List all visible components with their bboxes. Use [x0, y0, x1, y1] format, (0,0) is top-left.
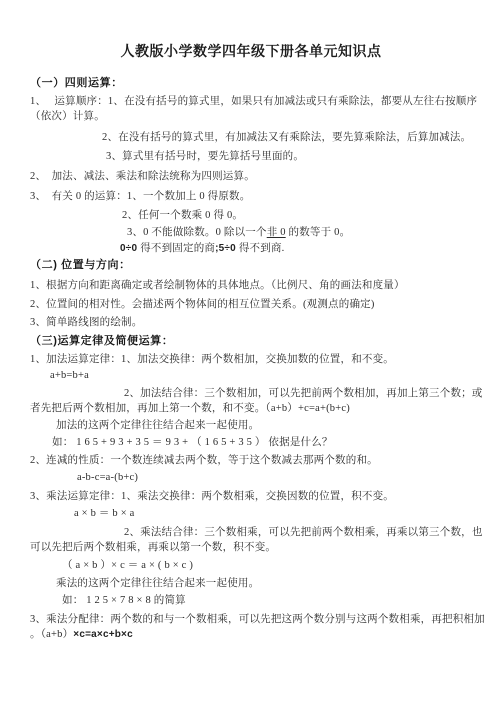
doc-line: 3、 有关 0 的运算：1、一个数加上 0 得原数。 [30, 190, 472, 204]
doc-line: 可以先把后两个数相乘，再乘以第一个数，积不变。 [30, 541, 472, 555]
section-heading-3: （三)运算定律及简便运算： [30, 334, 472, 348]
doc-text: 得不到固定的商 [140, 243, 215, 254]
doc-line: 如： 1 2 5 × 7 8 × 8 的简算 [30, 594, 472, 608]
doc-text: 3、简单路线图的绘制。 [30, 317, 142, 328]
doc-text: （一）四则运算： [30, 77, 123, 89]
doc-line: 3、算式里有括号时，要先算括号里面的。 [30, 150, 472, 164]
doc-line: 0÷0 得不到固定的商;5÷0 得不到商. [30, 242, 472, 256]
doc-text: 2、乘法结合律：三个数相乘，可以先把前两个数相乘，再乘以第三个数，也 [124, 527, 483, 538]
doc-text: （ a × b ）× c ＝ a × ( b × c ) [62, 560, 193, 571]
doc-line: a × b ＝ b × a [30, 507, 472, 521]
doc-text: 0÷0 [120, 243, 140, 254]
doc-text: a-b-c=a-(b+c) [77, 472, 138, 483]
section-heading-1: （一）四则运算： [30, 76, 472, 90]
doc-text: （三)运算定律及简便运算： [30, 335, 173, 347]
doc-text: 2、 加法、减法、乘法和除法统称为四则运算。 [30, 171, 255, 182]
doc-line: （依次）计算。 [30, 110, 472, 124]
doc-line: 3、乘法运算定律：1、乘法交换律：两个数相乘，交换因数的位置，积不变。 [30, 490, 472, 504]
doc-text: 3、乘法运算定律：1、乘法交换律：两个数相乘，交换因数的位置，积不变。 [30, 491, 394, 502]
doc-text: a+b=b+a [50, 370, 89, 381]
doc-line: 2、连减的性质：一个数连续减去两个数，等于这个数减去那两个数的和。 [30, 454, 472, 468]
doc-text: 非 0 [267, 227, 286, 238]
document-body: （一）四则运算：1、 运算顺序：1、在没有括号的算式里，如果只有加减法或只有乘除… [30, 76, 472, 642]
doc-line: 2、位置间的相对性。会描述两个物体间的相互位置关系。(观测点的确定) [30, 298, 472, 312]
doc-line: 乘法的这两个定律往往结合起来一起使用。 [30, 577, 472, 591]
doc-line: 3、乘法分配律：两个数的和与一个数相乘，可以先把这两个数分别与这两个数相乘，再把… [30, 613, 472, 627]
doc-text: 者先把后两个数相加，再加上第一个数，和不变。（a+b）+c=a+(b+c) [30, 403, 350, 414]
document-title: 人教版小学数学四年级下册各单元知识点 [30, 42, 472, 60]
doc-text: 2、位置间的相对性。会描述两个物体间的相互位置关系。(观测点的确定) [30, 299, 375, 310]
doc-text: 加法的这两个定律往往结合起来一起使用。 [56, 420, 259, 431]
doc-line: 加法的这两个定律往往结合起来一起使用。 [30, 419, 472, 433]
doc-text: 1、加法运算定律：1、加法交换律：两个数相加，交换加数的位置，和不变。 [30, 354, 394, 365]
doc-line: （ a × b ）× c ＝ a × ( b × c ) [30, 559, 472, 573]
doc-text: 可以先把后两个数相乘，再乘以第一个数，积不变。 [30, 542, 276, 553]
doc-line: 3、简单路线图的绘制。 [30, 316, 472, 330]
doc-line: 2、 加法、减法、乘法和除法统称为四则运算。 [30, 170, 472, 184]
doc-text: 3、0 不能做除数。0 除以一个 [127, 227, 267, 238]
doc-text: 3、算式里有括号时，要先算括号里面的。 [106, 151, 304, 162]
doc-line: 3、0 不能做除数。0 除以一个非 0 的数等于 0。 [30, 226, 472, 240]
doc-text: 2、在没有括号的算式里，有加减法又有乘除法，要先算乘除法，后算加减法。 [102, 132, 471, 143]
doc-line: a-b-c=a-(b+c) [30, 471, 472, 485]
doc-line: a+b=b+a [30, 369, 472, 383]
doc-line: 2、乘法结合律：三个数相乘，可以先把前两个数相乘，再乘以第三个数，也 [30, 526, 472, 540]
doc-text: ;5÷0 [215, 243, 239, 254]
doc-text: （二) 位置与方向： [30, 259, 131, 271]
doc-text: a × b ＝ b × a [74, 508, 135, 519]
document-page: 人教版小学数学四年级下册各单元知识点 （一）四则运算：1、 运算顺序：1、在没有… [0, 0, 500, 707]
doc-text: 2、连减的性质：一个数连续减去两个数，等于这个数减去那两个数的和。 [30, 455, 378, 466]
doc-text: 得不到商. [239, 243, 285, 254]
doc-line: 2、任何一个数乘 0 得 0。 [30, 209, 472, 223]
doc-line: 1、根据方向和距离确定或者绘制物体的具体地点。（比例尺、角的画法和度量） [30, 279, 472, 293]
doc-text: ×c=a×c+b×c [73, 629, 133, 640]
doc-line: 者先把后两个数相加，再加上第一个数，和不变。（a+b）+c=a+(b+c) [30, 402, 472, 416]
doc-text: 如： 1 6 5 + 9 3 + 3 5 ＝ 9 3 + （ 1 6 5 + 3… [52, 437, 333, 448]
doc-line: 1、 运算顺序：1、在没有括号的算式里，如果只有加减法或只有乘除法，都要从左往右… [30, 95, 472, 109]
doc-line: 。（a+b）×c=a×c+b×c [30, 628, 472, 642]
doc-text: 2、任何一个数乘 0 得 0。 [122, 210, 243, 221]
doc-text: 2、加法结合律：三个数相加，可以先把前两个数相加，再加上第三个数；或 [124, 388, 483, 399]
doc-text: 3、 有关 0 的运算：1、一个数加上 0 得原数。 [30, 191, 250, 202]
section-heading-2: （二) 位置与方向： [30, 258, 472, 272]
doc-text: 。（a+b） [30, 629, 73, 640]
doc-text: 1、根据方向和距离确定或者绘制物体的具体地点。（比例尺、角的画法和度量） [30, 280, 405, 291]
doc-text: （依次）计算。 [30, 111, 105, 122]
doc-text: 1、 运算顺序：1、在没有括号的算式里，如果只有加减法或只有乘除法，都要从左往右… [30, 96, 477, 107]
doc-text: 3、乘法分配律：两个数的和与一个数相乘，可以先把这两个数分别与这两个数相乘，再把… [30, 614, 485, 625]
doc-line: 2、在没有括号的算式里，有加减法又有乘除法，要先算乘除法，后算加减法。 [30, 131, 472, 145]
doc-line: 如： 1 6 5 + 9 3 + 3 5 ＝ 9 3 + （ 1 6 5 + 3… [30, 436, 472, 450]
doc-line: 1、加法运算定律：1、加法交换律：两个数相加，交换加数的位置，和不变。 [30, 353, 472, 367]
doc-text: 的数等于 0。 [286, 227, 351, 238]
doc-line: 2、加法结合律：三个数相加，可以先把前两个数相加，再加上第三个数；或 [30, 387, 472, 401]
doc-text: 乘法的这两个定律往往结合起来一起使用。 [56, 578, 259, 589]
doc-text: 如： 1 2 5 × 7 8 × 8 的简算 [62, 595, 186, 606]
